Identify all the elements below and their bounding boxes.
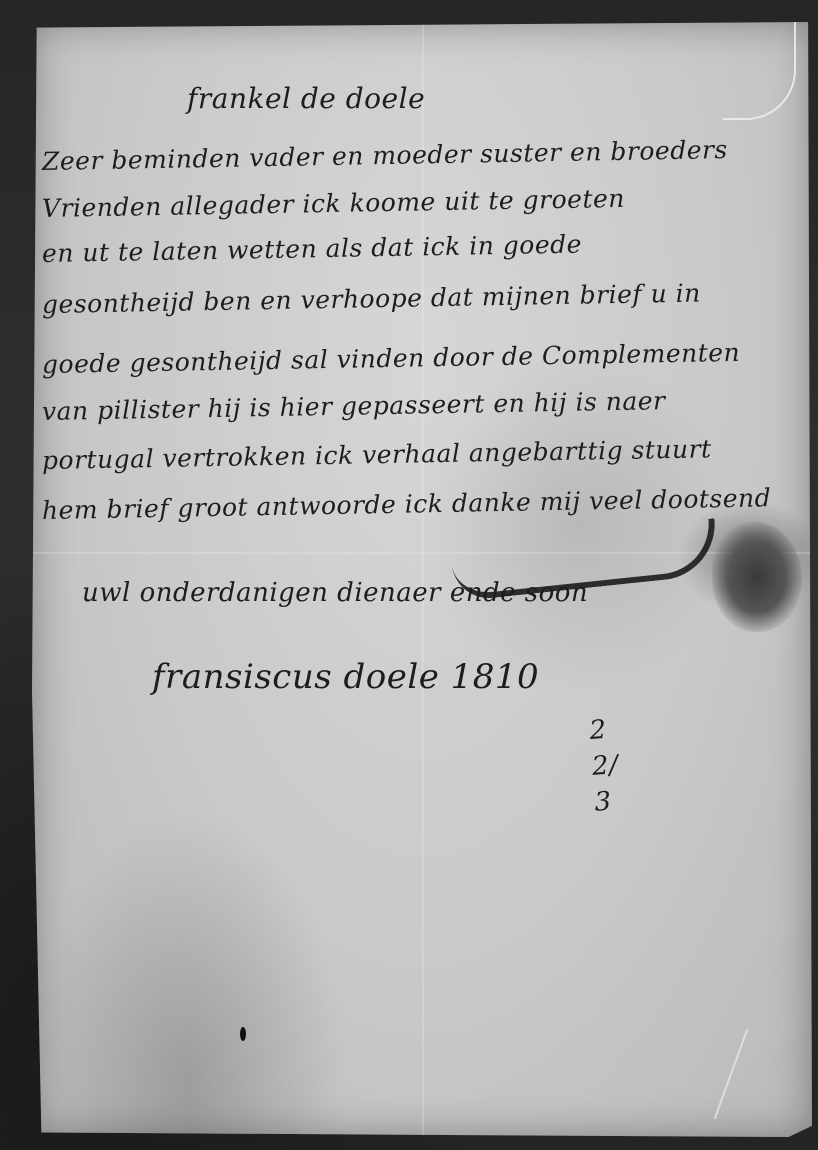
body-line-4: gesontheijd ben en verhoope dat mijnen b… — [42, 279, 701, 319]
letter-closing: uwl onderdanigen dienaer ende soon — [82, 578, 588, 608]
body-line-5: goede gesontheijd sal vinden door de Com… — [42, 338, 741, 379]
top-right-crease-mark — [722, 16, 796, 120]
body-line-7: portugal vertrokken ick verhaal angebart… — [42, 434, 712, 475]
bottom-corner-curl — [714, 1029, 789, 1119]
ink-blot — [240, 1027, 246, 1041]
margin-notation: 2 2/ 3 — [588, 711, 622, 821]
paper-sheet: frankel de doele Zeer beminden vader en … — [32, 22, 812, 1137]
body-line-6: van pillister hij is hier gepasseert en … — [42, 386, 666, 426]
ink-stain — [712, 522, 802, 632]
signature: fransiscus doele 1810 — [152, 657, 539, 697]
body-line-2: Vrienden allegader ick koome uit te groe… — [42, 184, 625, 223]
body-line-3: en ut te laten wetten als dat ick in goe… — [42, 230, 582, 268]
letter-header: frankel de doele — [187, 82, 425, 115]
body-line-8: hem brief groot antwoorde ick danke mij … — [42, 483, 772, 525]
body-line-1: Zeer beminden vader en moeder suster en … — [42, 135, 728, 176]
scanned-letter: frankel de doele Zeer beminden vader en … — [0, 0, 818, 1150]
